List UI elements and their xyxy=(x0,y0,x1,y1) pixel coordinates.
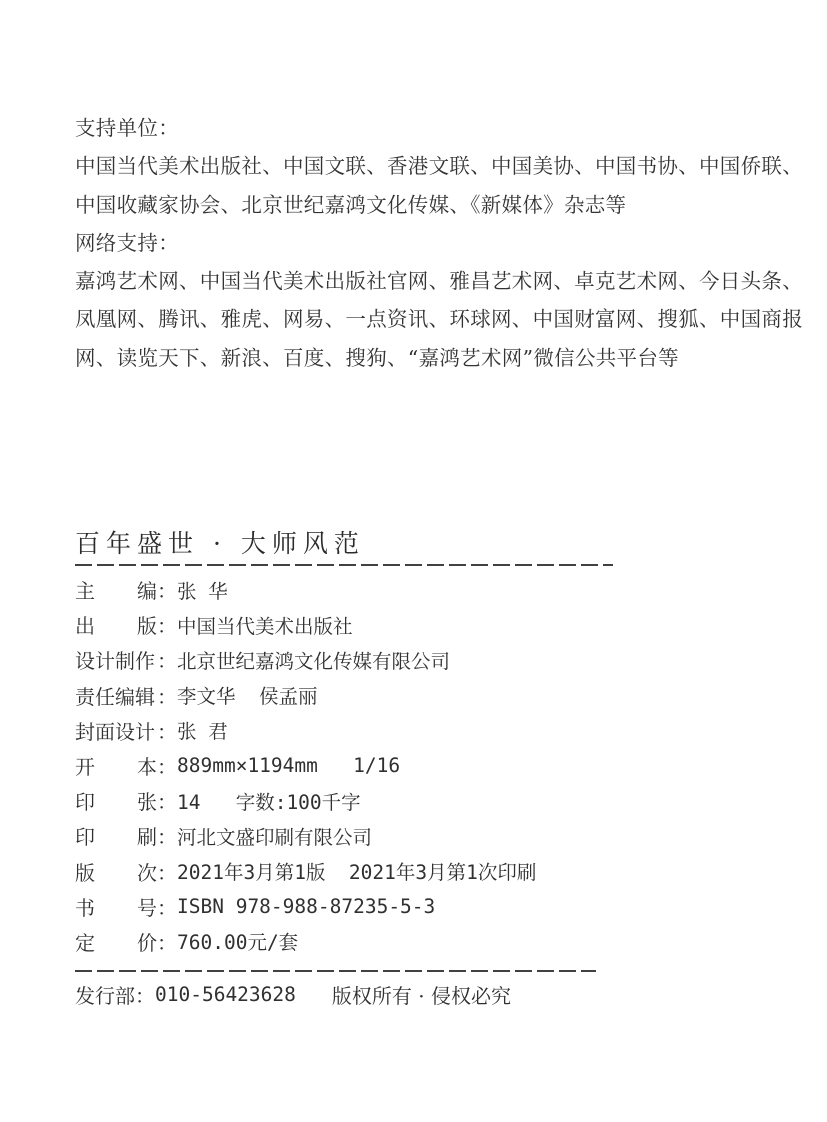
row-label: 出版 xyxy=(75,610,157,639)
row-value: 760.00元/套 xyxy=(177,927,298,955)
row-value: 中国当代美术出版社 xyxy=(177,611,353,639)
row-colon: ： xyxy=(157,927,177,956)
row-label-part: 次 xyxy=(137,857,157,886)
credits-block: 支持单位： 中国当代美术出版社、中国文联、香港文联、中国美协、中国书协、中国侨联… xyxy=(75,109,735,377)
row-value: 张 君 xyxy=(177,716,228,744)
row-value: 北京世纪嘉鸿文化传媒有限公司 xyxy=(177,646,450,674)
row-label: 定价 xyxy=(75,927,157,956)
row-label-part: 封面设计 xyxy=(75,716,155,745)
colophon-row-price: 定价 ： 760.00元/套 xyxy=(75,924,536,959)
row-colon: ： xyxy=(157,610,177,639)
row-label: 封面设计 xyxy=(75,716,157,745)
row-label-part: 出 xyxy=(75,610,95,639)
row-colon: ： xyxy=(157,786,177,815)
row-label: 开本 xyxy=(75,751,157,780)
network-support-line: 网、读览天下、新浪、百度、搜狗、“嘉鸿艺术网”微信公共平台等 xyxy=(75,339,735,377)
row-label: 设计制作 xyxy=(75,645,157,674)
colophon-row-cover-design: 封面设计 ： 张 君 xyxy=(75,713,536,748)
colophon-row-printer: 印刷 ： 河北文盛印刷有限公司 xyxy=(75,818,536,853)
colophon-row-chief-editor: 主编 ： 张 华 xyxy=(75,572,536,607)
colophon-row-responsible-editor: 责任编辑 ： 李文华 侯孟丽 xyxy=(75,678,536,713)
row-label-part: 号 xyxy=(137,892,157,921)
row-value: 张 华 xyxy=(177,576,228,604)
row-label-part: 价 xyxy=(137,927,157,956)
row-colon: ： xyxy=(157,892,177,921)
row-label-part: 开 xyxy=(75,751,95,780)
row-label: 责任编辑 xyxy=(75,681,157,710)
row-label: 书号 xyxy=(75,892,157,921)
row-value: 889mm×1194mm 1/16 xyxy=(177,754,400,777)
row-label-part: 印 xyxy=(75,786,95,815)
row-value: ISBN 978-988-87235-5-3 xyxy=(177,895,435,918)
row-colon: ： xyxy=(157,645,177,674)
distribution-department-label: 发行部： xyxy=(75,980,155,1009)
network-support-line: 嘉鸿艺术网、中国当代美术出版社官网、雅昌艺术网、卓克艺术网、今日头条、 xyxy=(75,262,735,300)
support-units-line: 中国收藏家协会、北京世纪嘉鸿文化传媒、《新媒体》杂志等 xyxy=(75,186,735,224)
row-colon: ： xyxy=(157,857,177,886)
row-label-part: 书 xyxy=(75,892,95,921)
colophon-row-sheets: 印张 ： 14 字数:100千字 xyxy=(75,783,536,818)
copyright-notice: 版权所有 · 侵权必究 xyxy=(332,980,511,1009)
support-units-line: 中国当代美术出版社、中国文联、香港文联、中国美协、中国书协、中国侨联、 xyxy=(75,147,735,185)
row-colon: ： xyxy=(157,821,177,850)
row-label-part: 版 xyxy=(75,857,95,886)
book-title: 百年盛世 · 大师风范 xyxy=(75,524,365,560)
colophon-row-design-production: 设计制作 ： 北京世纪嘉鸿文化传媒有限公司 xyxy=(75,642,536,677)
row-label: 主编 xyxy=(75,575,157,604)
book-colophon-page: 支持单位： 中国当代美术出版社、中国文联、香港文联、中国美协、中国书协、中国侨联… xyxy=(0,0,827,1122)
row-colon: ： xyxy=(157,716,177,745)
row-label-part: 版 xyxy=(137,610,157,639)
colophon-rows: 主编 ： 张 华 出版 ： 中国当代美术出版社 设计制作 ： 北京世纪嘉鸿文化传… xyxy=(75,572,536,959)
row-label-part: 责任编辑 xyxy=(75,681,155,710)
row-label: 印张 xyxy=(75,786,157,815)
row-label-part: 定 xyxy=(75,927,95,956)
row-colon: ： xyxy=(157,751,177,780)
row-value: 2021年3月第1版 2021年3月第1次印刷 xyxy=(177,857,536,885)
row-label: 版次 xyxy=(75,857,157,886)
row-label-part: 张 xyxy=(137,786,157,815)
distribution-line: 发行部： 010-56423628 版权所有 · 侵权必究 xyxy=(75,977,511,1011)
dashed-divider-bottom xyxy=(75,970,596,972)
network-support-heading: 网络支持： xyxy=(75,224,735,262)
row-value: 河北文盛印刷有限公司 xyxy=(177,822,372,850)
colophon-row-publisher: 出版 ： 中国当代美术出版社 xyxy=(75,607,536,642)
row-label-part: 设计制作 xyxy=(75,645,155,674)
row-colon: ： xyxy=(157,681,177,710)
network-support-line: 凤凰网、腾讯、雅虎、网易、一点资讯、环球网、中国财富网、搜狐、中国商报 xyxy=(75,300,735,338)
row-label: 印刷 xyxy=(75,821,157,850)
distribution-phone-number: 010-56423628 xyxy=(155,983,296,1006)
colophon-row-format: 开本 ： 889mm×1194mm 1/16 xyxy=(75,748,536,783)
row-label-part: 主 xyxy=(75,575,95,604)
row-label-part: 刷 xyxy=(137,821,157,850)
support-units-heading: 支持单位： xyxy=(75,109,735,147)
dashed-divider-top xyxy=(75,564,613,566)
row-label-part: 印 xyxy=(75,821,95,850)
row-colon: ： xyxy=(157,575,177,604)
colophon-row-edition: 版次 ： 2021年3月第1版 2021年3月第1次印刷 xyxy=(75,854,536,889)
row-label-part: 本 xyxy=(137,751,157,780)
row-value: 李文华 侯孟丽 xyxy=(177,681,317,709)
colophon-row-isbn: 书号 ： ISBN 978-988-87235-5-3 xyxy=(75,889,536,924)
row-value: 14 字数:100千字 xyxy=(177,787,361,815)
row-label-part: 编 xyxy=(137,575,157,604)
